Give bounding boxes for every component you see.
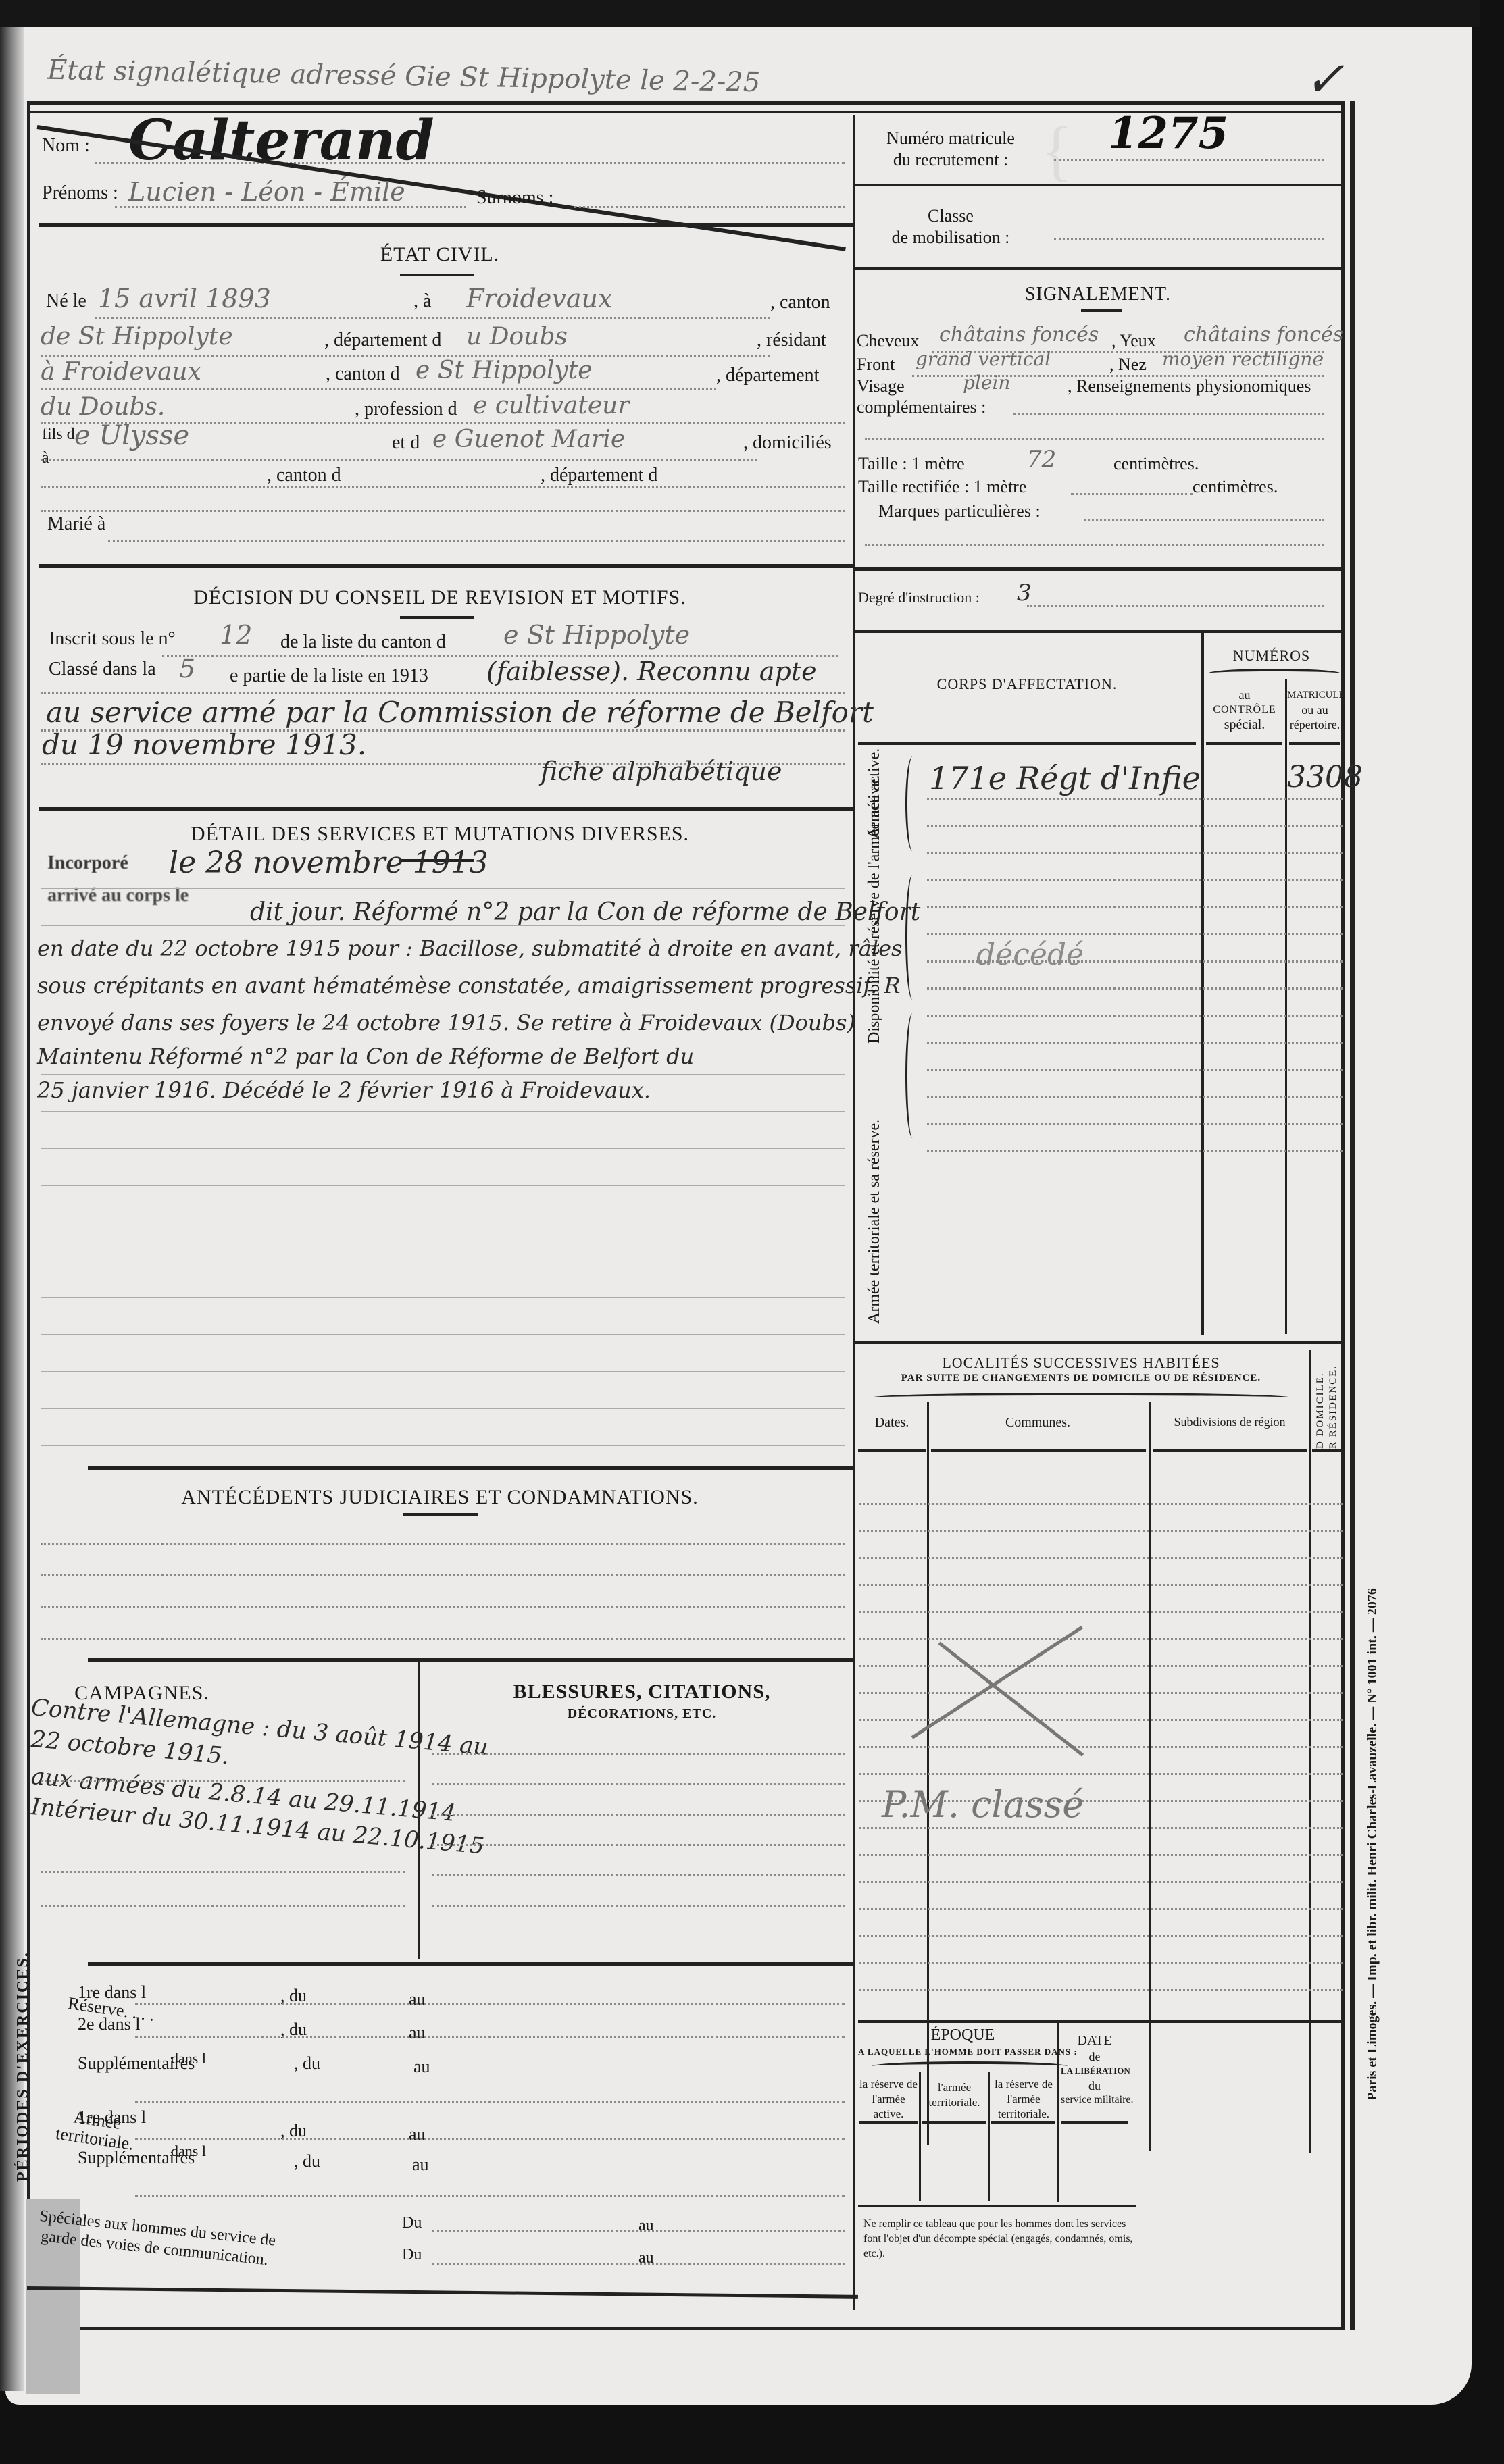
brace bbox=[905, 756, 920, 851]
ruled-line bbox=[859, 1881, 1343, 1883]
inscrit-value: 12 bbox=[220, 620, 252, 650]
row-line bbox=[41, 459, 757, 461]
degre-line bbox=[1027, 605, 1324, 607]
speciales-du-1: Du bbox=[402, 2214, 422, 2232]
localites-col-dates: Dates. bbox=[858, 1415, 926, 1431]
localites-annotation: P.M. classé bbox=[882, 1783, 1084, 1826]
row-line bbox=[41, 692, 845, 694]
ruled-line bbox=[41, 925, 845, 926]
title-dash bbox=[400, 274, 474, 276]
matricule-bottom-rule bbox=[855, 184, 1341, 186]
controle-header-rule bbox=[1206, 742, 1282, 745]
yeux-label: , Yeux bbox=[1111, 331, 1156, 351]
ruled-line bbox=[41, 1148, 845, 1149]
ruled-line bbox=[859, 1989, 1343, 1991]
scan-top-shadow bbox=[0, 0, 1504, 27]
ruled-line bbox=[927, 1123, 1343, 1125]
antecedents-bottom-rule bbox=[88, 1658, 853, 1662]
reserve-supp-du: , du bbox=[294, 2053, 320, 2074]
taille-rectifiee-line bbox=[1071, 493, 1193, 495]
departement2-label: , département bbox=[716, 365, 819, 386]
canton2-value: e St Hippolyte bbox=[416, 357, 593, 384]
ne-le-value: 15 avril 1893 bbox=[98, 284, 271, 313]
et-value: e Guenot Marie bbox=[432, 426, 625, 453]
ruled-line bbox=[432, 1844, 845, 1846]
cheveux-value: châtains foncés bbox=[939, 323, 1099, 346]
dr-residence: R RÉSIDENCE. bbox=[1327, 1354, 1339, 1449]
decision-title: DÉCISION DU CONSEIL DE REVISION ET MOTIF… bbox=[27, 586, 853, 609]
matricule-line bbox=[1054, 159, 1324, 161]
nom-label: Nom : bbox=[42, 135, 90, 157]
cheveux-label: Cheveux bbox=[857, 331, 919, 351]
date-service: service militaire. bbox=[1061, 2094, 1128, 2106]
services-title: DÉTAIL DES SERVICES ET MUTATIONS DIVERSE… bbox=[27, 823, 853, 846]
ruled-line bbox=[41, 1371, 845, 1372]
ruled-line bbox=[859, 1530, 1343, 1532]
localites-title: LOCALITÉS SUCCESSIVES HABITÉES bbox=[855, 1354, 1307, 1372]
ruled-line bbox=[927, 879, 1343, 881]
corps-col-sep-1 bbox=[1201, 633, 1204, 1335]
date-de: de bbox=[1061, 2050, 1128, 2064]
title-dash bbox=[400, 616, 474, 619]
ruled-line bbox=[859, 1611, 1343, 1613]
ruled-line bbox=[927, 1015, 1343, 1017]
territoriale-label-corps: Armée territoriale et sa réserve. bbox=[863, 1128, 885, 1324]
services-line2: dit jour. Réformé n°2 par la Con de réfo… bbox=[250, 898, 920, 926]
ruled-line bbox=[859, 1827, 1343, 1829]
profession-label: , profession d bbox=[355, 399, 457, 420]
liste-label: de la liste du canton d bbox=[280, 632, 446, 653]
antecedents-title: ANTÉCÉDENTS JUDICIAIRES ET CONDAMNATIONS… bbox=[27, 1486, 853, 1509]
ruled-line bbox=[859, 1962, 1343, 1964]
a-label: , à bbox=[413, 290, 431, 312]
degre-bottom-rule bbox=[855, 630, 1341, 633]
localites-subtitle: PAR SUITE DE CHANGEMENTS DE DOMICILE OU … bbox=[855, 1372, 1307, 1384]
a-value: Froidevaux bbox=[466, 284, 612, 313]
ruled-line bbox=[859, 1935, 1343, 1937]
numeros-header: NUMÉROS bbox=[1204, 647, 1339, 665]
epoque-col-sep-3 bbox=[1057, 2023, 1059, 2202]
fiche-note: fiche alphabétique bbox=[541, 756, 782, 786]
motif-line2: au service armé par la Commission de réf… bbox=[46, 696, 874, 729]
armee-active-value: 171e Régt d'Infie bbox=[929, 760, 1201, 796]
ruled-line bbox=[41, 962, 845, 963]
complementaires-label: complémentaires : bbox=[857, 397, 986, 417]
decision-bottom-rule bbox=[39, 807, 853, 811]
degre-label: Degré d'instruction : bbox=[858, 589, 980, 607]
nez-label: , Nez bbox=[1109, 355, 1147, 375]
printer-credit: Paris et Limoges. — Imp. et libr. milit.… bbox=[1361, 1229, 1383, 2101]
services-line5: envoyé dans ses foyers le 24 octobre 191… bbox=[37, 1010, 855, 1035]
visage-label: Visage bbox=[857, 376, 905, 396]
ruled-line bbox=[927, 933, 1343, 935]
taille-value: 72 bbox=[1027, 446, 1056, 473]
ne-le-label: Né le bbox=[46, 290, 86, 312]
ruled-line bbox=[432, 1753, 845, 1755]
classe-label-1: Classe bbox=[866, 206, 1035, 226]
epoque-col-territoriale: l'armée territoriale. bbox=[922, 2080, 986, 2110]
epoque-col-reserve-active: la réserve de l'armée active. bbox=[859, 2077, 918, 2122]
localites-col-subdivisions: Subdivisions de région bbox=[1151, 1415, 1308, 1429]
controle-line1: au bbox=[1204, 688, 1285, 702]
ruled-line bbox=[41, 1223, 845, 1223]
canton-value: de St Hippolyte bbox=[41, 323, 233, 351]
ruled-line bbox=[859, 1746, 1343, 1748]
departement3-label: , département d bbox=[541, 465, 657, 486]
ruled-line bbox=[41, 1260, 845, 1260]
ruled-line bbox=[927, 825, 1343, 827]
services-bottom-rule bbox=[88, 1466, 853, 1470]
epoque-col-sep-2 bbox=[988, 2072, 990, 2201]
taille-centimetres: centimètres. bbox=[1113, 454, 1199, 474]
taille-rectifiee-label: Taille rectifiée : 1 mètre bbox=[858, 477, 1026, 497]
signalement-title: SIGNALEMENT. bbox=[855, 284, 1341, 305]
epoque-col-reserve-territoriale: la réserve de l'armée territoriale. bbox=[991, 2077, 1056, 2122]
ruled-line bbox=[859, 1638, 1343, 1640]
renseignements-label: , Renseignements physionomiques bbox=[1068, 376, 1311, 396]
matricule-label-1: Numéro matricule bbox=[866, 128, 1035, 149]
marie-line bbox=[108, 540, 845, 542]
dr-domicile: D DOMICILE. bbox=[1314, 1354, 1326, 1449]
ruled-line bbox=[41, 1606, 845, 1608]
epoque-bottom-rule bbox=[858, 2205, 1136, 2207]
ruled-line bbox=[432, 1783, 845, 1785]
ruled-line bbox=[41, 1297, 845, 1298]
epoque-note: Ne remplir ce tableau que pour les homme… bbox=[863, 2217, 1134, 2261]
ruled-line bbox=[859, 1665, 1343, 1667]
domicilies-label: , domiciliés bbox=[743, 432, 832, 454]
row-line bbox=[41, 510, 845, 512]
ruled-line bbox=[432, 1874, 845, 1876]
ruled-line bbox=[927, 798, 1343, 800]
ruled-line bbox=[135, 2036, 845, 2038]
ruled-line bbox=[41, 1111, 845, 1112]
classe-label-2: de mobilisation : bbox=[866, 228, 1035, 248]
epoque-brace bbox=[872, 2061, 1068, 2071]
residant-value: à Froidevaux bbox=[41, 358, 201, 386]
campagnes-bottom-rule bbox=[88, 1962, 853, 1966]
prenoms-label: Prénoms : bbox=[42, 182, 118, 204]
localites-header-rule bbox=[1153, 1449, 1307, 1452]
services-line6: Maintenu Réformé n°2 par la Con de Réfor… bbox=[37, 1044, 694, 1069]
classe-line bbox=[1054, 238, 1324, 240]
reserve-row-2: 2e dans l bbox=[78, 2014, 140, 2034]
front-label: Front bbox=[857, 355, 895, 375]
domicilies-value: à bbox=[42, 449, 49, 467]
taille-label: Taille : 1 mètre bbox=[858, 454, 965, 474]
localites-col-dr bbox=[1309, 1350, 1311, 2153]
marie-label: Marié à bbox=[47, 513, 105, 535]
ruled-line bbox=[41, 1543, 845, 1545]
disponibilite-label: Disponibilité et réserve de l'armée acti… bbox=[863, 848, 885, 1044]
prenoms-value: Lucien - Léon - Émile bbox=[128, 177, 405, 207]
right-margin-rule bbox=[1350, 101, 1355, 2330]
services-line1: le 28 novembre 1913 bbox=[169, 846, 488, 880]
periodes-side-label: PÉRIODES D'EXERCICES. bbox=[12, 1979, 34, 2182]
yeux-value: châtains foncés bbox=[1184, 323, 1343, 346]
classe-bottom-rule bbox=[855, 267, 1341, 270]
residant-label: , résidant bbox=[757, 330, 826, 351]
et-label: et d bbox=[392, 432, 420, 454]
inscrit-label: Inscrit sous le n° bbox=[49, 628, 176, 650]
reserve-row-1: 1re dans l bbox=[78, 1982, 146, 2003]
ruled-line bbox=[927, 1096, 1343, 1098]
controle-line2: CONTRÔLE bbox=[1204, 702, 1285, 717]
territoriale-supp-dans: dans l bbox=[171, 2142, 206, 2160]
profession-value: e cultivateur bbox=[473, 392, 630, 419]
ruled-line bbox=[41, 1871, 405, 1873]
numeros-brace bbox=[1208, 669, 1340, 678]
speciales-du-2: Du bbox=[402, 2246, 422, 2264]
ruled-line bbox=[927, 987, 1343, 990]
nez-value: moyen rectiligne bbox=[1162, 348, 1324, 370]
reserve-row-1-au: au bbox=[409, 1989, 426, 2009]
ruled-line bbox=[432, 1905, 845, 1907]
ruled-line bbox=[41, 1574, 845, 1576]
territoriale-row-1: 1re dans l bbox=[78, 2107, 146, 2128]
ruled-line bbox=[41, 1037, 845, 1037]
ruled-line bbox=[927, 1069, 1343, 1071]
ruled-line bbox=[859, 1503, 1343, 1505]
epoque-subtitle: A LAQUELLE L'HOMME DOIT PASSER DANS : bbox=[858, 2047, 1068, 2057]
check-mark: ✓ bbox=[1304, 51, 1345, 107]
row-line bbox=[41, 355, 770, 357]
localites-header-rule bbox=[931, 1449, 1146, 1452]
fils-value: e Ulysse bbox=[74, 420, 189, 451]
reserve-supp-au: au bbox=[413, 2057, 430, 2077]
taille-rectifiee-centimetres: centimètres. bbox=[1193, 477, 1278, 497]
ruled-line bbox=[859, 1692, 1343, 1694]
brace: { bbox=[1041, 111, 1073, 189]
column-separator bbox=[853, 115, 855, 2310]
front-value: grand vertical bbox=[916, 348, 1051, 370]
localites-brace bbox=[872, 1393, 1290, 1402]
identity-bottom-rule bbox=[39, 223, 853, 227]
fils-label: fils d bbox=[42, 426, 75, 444]
ruled-line bbox=[432, 2230, 845, 2232]
matricule-col-line3: répertoire. bbox=[1287, 717, 1343, 732]
classe-label: Classé dans la bbox=[49, 659, 156, 680]
departement-label: , département d bbox=[324, 330, 441, 351]
row-line bbox=[865, 544, 1324, 546]
row-line bbox=[95, 317, 770, 319]
ruled-line bbox=[927, 1150, 1343, 1152]
ruled-line bbox=[927, 1042, 1343, 1044]
ruled-line bbox=[859, 1773, 1343, 1775]
corps-header: CORPS D'AFFECTATION. bbox=[855, 675, 1199, 693]
ruled-line bbox=[41, 1185, 845, 1186]
epoque-title: ÉPOQUE bbox=[858, 2026, 1068, 2045]
brace bbox=[905, 1013, 920, 1138]
epoque-col-sep-1 bbox=[919, 2072, 921, 2201]
date-title: DATE bbox=[1061, 2033, 1128, 2049]
ruled-line bbox=[41, 888, 845, 889]
scan-right-edge bbox=[1480, 0, 1504, 2464]
form-frame bbox=[27, 101, 1345, 2330]
ruled-line bbox=[927, 906, 1343, 908]
reserve-supp-dans: dans l bbox=[171, 2050, 206, 2068]
blessures-subtitle: DÉCORATIONS, ETC. bbox=[486, 1706, 797, 1722]
signalement-bottom-rule bbox=[855, 567, 1341, 571]
title-dash bbox=[403, 1513, 478, 1516]
degre-value: 3 bbox=[1017, 580, 1032, 607]
surnoms-label: Surnoms : bbox=[476, 187, 553, 209]
motif-line1: (faiblesse). Reconnu apte bbox=[486, 657, 817, 686]
ruled-line bbox=[927, 960, 1343, 962]
ruled-line bbox=[135, 2195, 845, 2197]
ruled-line bbox=[41, 1905, 405, 1907]
controle-line3: spécial. bbox=[1204, 717, 1285, 732]
matricule-col-line2: ou au bbox=[1287, 702, 1343, 717]
territoriale-supp-du: , du bbox=[294, 2151, 320, 2172]
scan-bottom-edge bbox=[0, 2405, 1504, 2464]
matricule-col-line1: MATRICULE bbox=[1287, 688, 1343, 702]
localites-col-communes: Communes. bbox=[929, 1415, 1147, 1431]
brace bbox=[905, 875, 920, 1000]
partie-label: e partie de la liste en 1913 bbox=[230, 665, 428, 687]
blessures-title: BLESSURES, CITATIONS, bbox=[486, 1680, 797, 1703]
row-line bbox=[41, 486, 845, 488]
title-dash bbox=[1081, 309, 1122, 312]
etat-civil-title: ÉTAT CIVIL. bbox=[27, 243, 853, 266]
departement-value: u Doubs bbox=[466, 323, 568, 351]
matricule-header-rule bbox=[1289, 742, 1340, 745]
corps-header-rule bbox=[858, 742, 1196, 745]
territoriale-row-1-au: au bbox=[409, 2124, 426, 2145]
marques-line bbox=[1084, 519, 1324, 521]
ruled-line bbox=[859, 1584, 1343, 1586]
ruled-line bbox=[859, 1854, 1343, 1856]
ruled-line bbox=[41, 1638, 845, 1640]
visage-value: plein bbox=[963, 371, 1010, 394]
ruled-line bbox=[859, 1719, 1343, 1721]
services-line7: 25 janvier 1916. Décédé le 2 février 191… bbox=[37, 1077, 651, 1103]
ruled-line bbox=[41, 1000, 845, 1000]
localites-header-rule bbox=[1312, 1449, 1342, 1452]
departement2-value: du Doubs. bbox=[41, 393, 165, 421]
ruled-line bbox=[41, 1408, 845, 1409]
localites-header-rule bbox=[858, 1449, 926, 1452]
surnoms-line bbox=[574, 206, 845, 208]
services-line3: en date du 22 octobre 1915 pour : Bacill… bbox=[37, 935, 902, 961]
row-line bbox=[865, 438, 1324, 440]
territoriale-supp-au: au bbox=[412, 2155, 429, 2175]
disponibilite-value: décédé bbox=[976, 938, 1084, 972]
epoque-header-rule bbox=[859, 2121, 918, 2124]
ruled-line bbox=[859, 1557, 1343, 1559]
services-line4: sous crépitants en avant hématémèse cons… bbox=[37, 973, 901, 998]
row-line bbox=[1013, 413, 1324, 415]
localites-col-sep-2 bbox=[1149, 1402, 1151, 2151]
ruled-line bbox=[432, 1814, 845, 1816]
etat-civil-bottom-rule bbox=[39, 564, 853, 568]
row-line bbox=[41, 388, 716, 390]
matricule-label-2: du recrutement : bbox=[866, 150, 1035, 170]
corps-bottom-rule bbox=[855, 1341, 1341, 1344]
marques-label: Marques particulières : bbox=[878, 501, 1041, 521]
date-du: du bbox=[1061, 2079, 1128, 2093]
armee-active-matricule: 3308 bbox=[1287, 760, 1363, 794]
ruled-line bbox=[41, 1445, 845, 1446]
reserve-row-2-au: au bbox=[409, 2023, 426, 2043]
matricule-value: 1275 bbox=[1108, 108, 1228, 159]
canton-label: , canton bbox=[770, 292, 830, 313]
canton2-label: , canton d bbox=[326, 363, 400, 385]
date-liberation: LA LIBÉRATION bbox=[1061, 2065, 1128, 2076]
ruled-line bbox=[41, 1780, 405, 1782]
incorpore-stamp: Incorporé bbox=[47, 852, 128, 874]
liste-value: e St Hippolyte bbox=[503, 620, 690, 650]
epoque-header-rule bbox=[991, 2121, 1055, 2124]
canton3-label: , canton d bbox=[267, 465, 341, 486]
motif-line3: du 19 novembre 1913. bbox=[42, 728, 366, 761]
ruled-line bbox=[927, 852, 1343, 854]
ruled-line bbox=[41, 1074, 845, 1075]
ruled-line bbox=[135, 2101, 845, 2103]
ruled-line bbox=[859, 1908, 1343, 1910]
ruled-line bbox=[432, 2263, 845, 2265]
epoque-header-rule bbox=[922, 2121, 986, 2124]
ruled-line bbox=[135, 2003, 845, 2005]
date-header-rule bbox=[1061, 2121, 1128, 2124]
ruled-line bbox=[135, 2138, 845, 2140]
localites-bottom-rule bbox=[858, 2020, 1345, 2023]
classe-value: 5 bbox=[179, 654, 195, 684]
ruled-line bbox=[41, 1334, 845, 1335]
